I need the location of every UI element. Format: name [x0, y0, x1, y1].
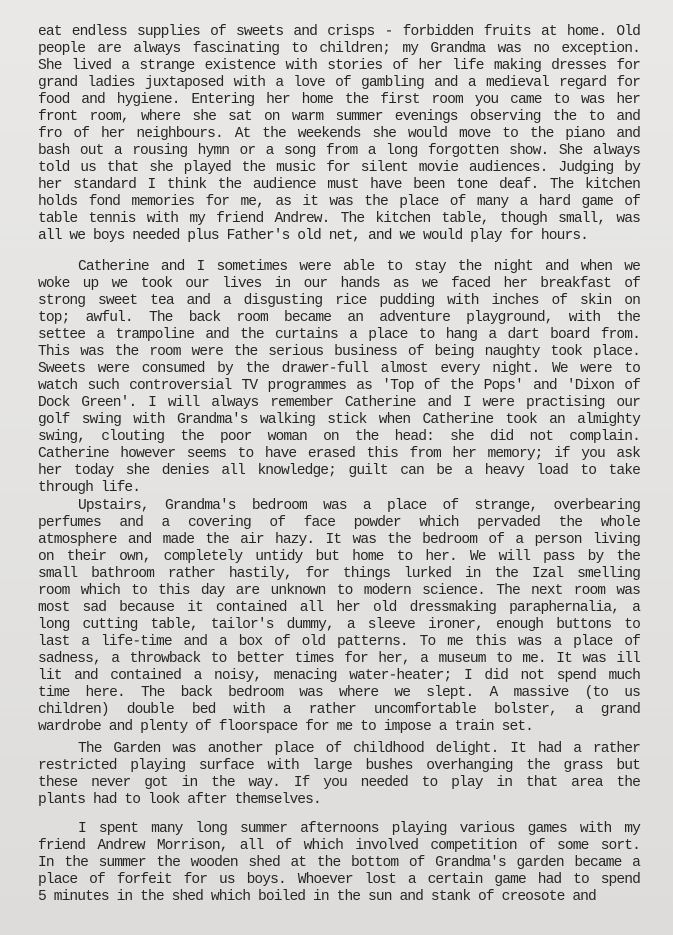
text-line: bash out a rousing hymn or a song from a…: [38, 143, 640, 160]
text-line: holds fond memories for me, as it was th…: [38, 194, 640, 211]
text-line: woke up we took our lives in our hands a…: [38, 276, 640, 293]
typewritten-page: eat endless supplies of sweets and crisp…: [0, 0, 673, 935]
text-line: top; awful. The back room became an adve…: [38, 310, 640, 327]
text-line: wardrobe and plenty of floorspace for me…: [38, 719, 640, 736]
text-line: sadness, a throwback to better times for…: [38, 651, 640, 668]
text-line: In the summer the wooden shed at the bot…: [38, 855, 640, 872]
text-line: friend Andrew Morrison, all of which inv…: [38, 838, 640, 855]
text-line: children) double bed with a rather uncom…: [38, 702, 640, 719]
text-line: table tennis with my friend Andrew. The …: [38, 211, 640, 228]
text-line: grand ladies juxtaposed with a love of g…: [38, 75, 640, 92]
text-line: all we boys needed plus Father's old net…: [38, 228, 640, 245]
text-line: on their own, completely untidy but home…: [38, 549, 640, 566]
paragraph-summer-games: I spent many long summer afternoons play…: [38, 821, 640, 906]
paragraph-grandma-home: eat endless supplies of sweets and crisp…: [38, 24, 640, 245]
text-line: long cutting table, tailor's dummy, a sl…: [38, 617, 640, 634]
text-line: perfumes and a covering of face powder w…: [38, 515, 640, 532]
text-line: place of forfeit for us boys. Whoever lo…: [38, 872, 640, 889]
text-line: people are always fascinating to childre…: [38, 41, 640, 58]
text-line: room which to this day are unknown to mo…: [38, 583, 640, 600]
text-line: told us that she played the music for si…: [38, 160, 640, 177]
text-line: golf swing with Grandma's walking stick …: [38, 412, 640, 429]
text-line: food and hygiene. Entering her home the …: [38, 92, 640, 109]
text-line: eat endless supplies of sweets and crisp…: [38, 24, 640, 41]
text-line: these never got in the way. If you neede…: [38, 775, 640, 792]
text-line: her today she denies all knowledge; guil…: [38, 463, 640, 480]
text-line: restricted playing surface with large bu…: [38, 758, 640, 775]
text-line: time here. The back bedroom was where we…: [38, 685, 640, 702]
text-line: Catherine however seems to have erased t…: [38, 446, 640, 463]
text-line: Catherine and I sometimes were able to s…: [38, 259, 640, 276]
text-line: plants had to look after themselves.: [38, 792, 640, 809]
text-line: atmosphere and made the air hazy. It was…: [38, 532, 640, 549]
text-line: strong sweet tea and a disgusting rice p…: [38, 293, 640, 310]
text-line: swing, clouting the poor woman on the he…: [38, 429, 640, 446]
text-line: small bathroom rather hastily, for thing…: [38, 566, 640, 583]
text-line: settee a trampoline and the curtains a p…: [38, 327, 640, 344]
paragraph-overnight-stays: Catherine and I sometimes were able to s…: [38, 259, 640, 497]
text-line: I spent many long summer afternoons play…: [38, 821, 640, 838]
text-line: through life.: [38, 480, 640, 497]
text-line: last a life-time and a box of old patter…: [38, 634, 640, 651]
text-line: Upstairs, Grandma's bedroom was a place …: [38, 498, 640, 515]
text-line: her standard I think the audience must h…: [38, 177, 640, 194]
text-line: 5 minutes in the shed which boiled in th…: [38, 889, 640, 906]
text-line: The Garden was another place of childhoo…: [38, 741, 640, 758]
text-line: watch such controversial TV programmes a…: [38, 378, 640, 395]
paragraph-garden: The Garden was another place of childhoo…: [38, 741, 640, 809]
text-line: lit and contained a noisy, menacing wate…: [38, 668, 640, 685]
text-line: Sweets were consumed by the drawer-full …: [38, 361, 640, 378]
text-line: front room, where she sat on warm summer…: [38, 109, 640, 126]
text-line: She lived a strange existence with stori…: [38, 58, 640, 75]
text-line: Dock Green'. I will always remember Cath…: [38, 395, 640, 412]
text-line: fro of her neighbours. At the weekends s…: [38, 126, 640, 143]
text-line: This was the room were the serious busin…: [38, 344, 640, 361]
text-line: most sad because it contained all her ol…: [38, 600, 640, 617]
paragraph-upstairs: Upstairs, Grandma's bedroom was a place …: [38, 498, 640, 736]
